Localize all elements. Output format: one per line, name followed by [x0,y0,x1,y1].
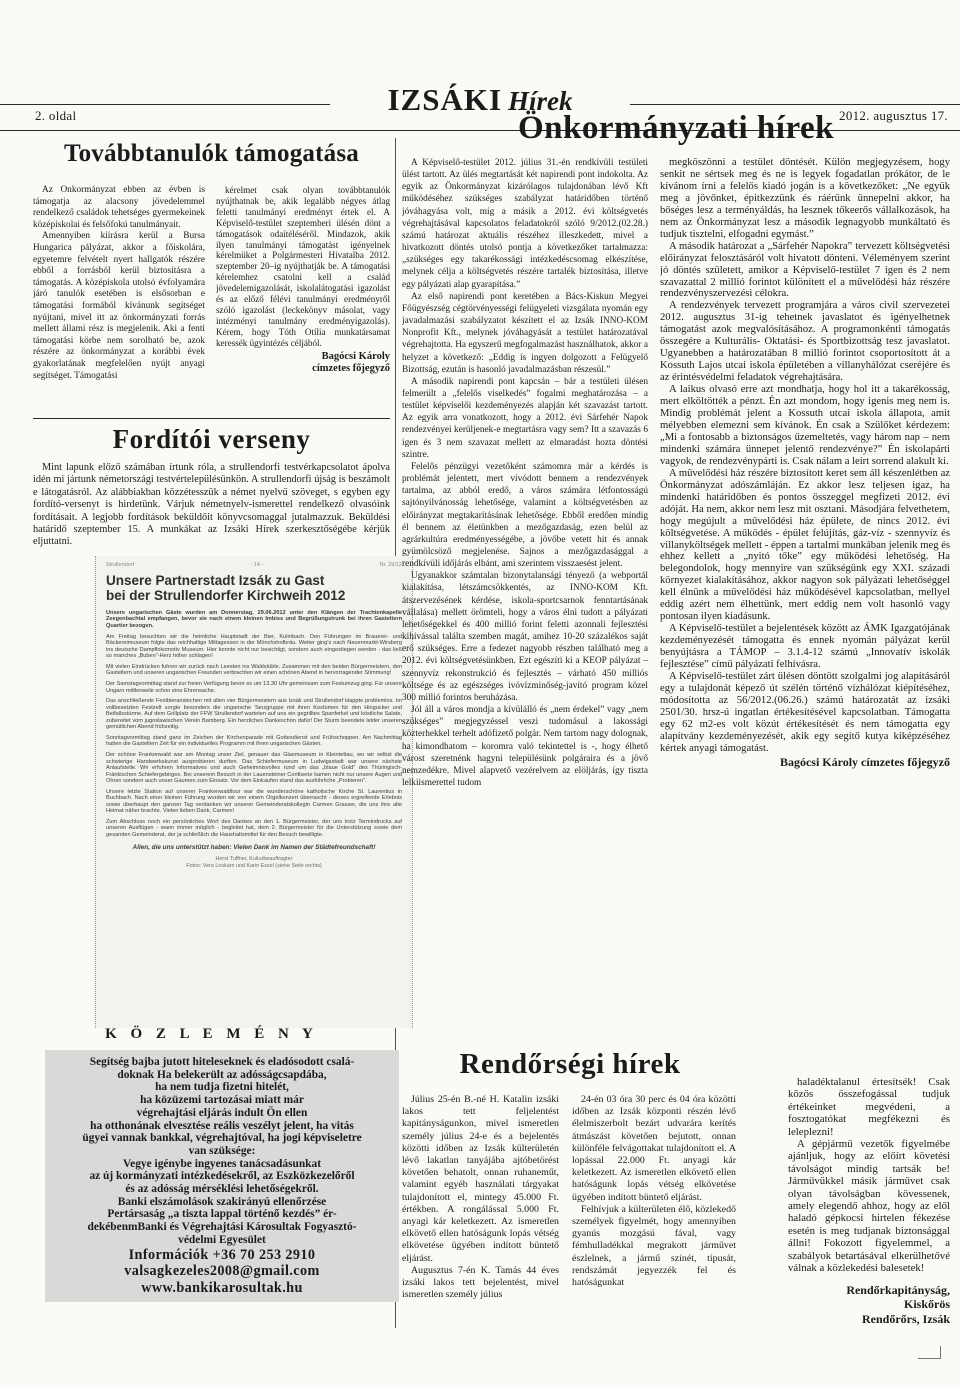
onkormanyzati-title: Önkormányzati hírek [402,110,950,147]
onkormanyzati-col2: megköszönni a testület döntését. Külön m… [660,157,950,1090]
onkormanyzati-signature: Bagócsi Károly címzetes főjegyző [660,757,950,769]
rendorsegi-title: Rendőrségi hírek [402,1048,738,1081]
flyer-image: Strullendorf - 14 - Nr. 29/12 Unsere Par… [95,556,413,1028]
tovabbtanulok-title: Továbbtanulók támogatása [33,140,390,168]
flyer-title-line2: bei der Strullendorfer Kirchweih 2012 [106,588,402,603]
header-rule-left [0,104,330,105]
flyer-credit-author: Horst Tuffner, Kulturbeauftragter [106,856,402,863]
forditoi-intro-text: Mint lapunk előző számában írtunk róla, … [33,462,390,549]
tovabbtanulok-col2-text: kérelmet csak olyan továbbtanulók nyújth… [216,185,390,349]
flyer-paragraphs: Am Freitag besuchten wir die heimliche H… [106,634,402,838]
kozlemeny-box: Segítség bajba jutott hiteleseknek és el… [45,1050,399,1302]
onkormanyzati-col2-text: megköszönni a testület döntését. Külön m… [660,157,950,755]
rendorsegi-col1: Július 25-én B.-né H. Katalin izsáki lak… [402,1094,559,1386]
crop-mark [918,1346,941,1359]
rendorsegi-col2: 24-én 03 óra 30 perc és 04 óra közötti i… [572,1094,736,1386]
flyer-thanks-line: Allen, die uns unterstützt haben: Vielen… [106,844,402,851]
flyer-lead-paragraph: Unsere ungarischen Gäste wurden am Donne… [106,610,402,629]
onkormanyzati-col1: A Képviselő-testület 2012. július 31.-én… [402,157,648,1043]
flyer-header-page: - 14 - [250,562,263,568]
flyer-header-right: Nr. 29/12 [380,562,402,568]
flyer-body: Unsere ungarischen Gäste wurden am Donne… [106,610,402,838]
rendorsegi-signature: Rendőrkapitányság,KiskőrösRendőrőrs, Izs… [788,1283,950,1327]
signature-name: Bagócsi Károly [216,351,390,363]
signature-title: címzetes főjegyző [216,363,390,375]
flyer-title-line1: Unsere Partnerstadt Izsák zu Gast [106,573,402,588]
forditoi-intro: Mint lapunk előző számában írtunk róla, … [33,462,390,550]
flyer-header-row: Strullendorf - 14 - Nr. 29/12 [106,562,402,568]
flyer-title: Unsere Partnerstadt Izsák zu Gast bei de… [106,573,402,603]
tovabbtanulok-col1: Az Önkormányzat ebben az évben is támoga… [33,185,205,413]
header-rule-right [630,104,960,105]
flyer-header-left: Strullendorf [106,562,134,568]
flyer-credit-photos: Fotos: Vera Loskarn und Karin Essel (sie… [106,863,402,870]
newspaper-page: { "header": { "page_number": "2. oldal",… [0,0,960,1388]
forditoi-top-rule [33,418,390,419]
tovabbtanulok-col2: kérelmet csak olyan továbbtanulók nyújth… [216,185,390,413]
forditoi-title: Fordítói verseny [33,424,390,455]
kozlemeny-body: Segítség bajba jutott hiteleseknek és el… [53,1056,391,1247]
rendorsegi-col3-text: haladéktalanul értesítsék! Csak közös ös… [788,1076,950,1275]
kozlemeny-title: K Ö Z L E M É N Y [33,1026,390,1043]
flyer-credits: Horst Tuffner, Kulturbeauftragter Fotos:… [106,856,402,869]
rendorsegi-col3: haladéktalanul értesítsék! Csak közös ös… [788,1076,950,1376]
tovabbtanulok-signature: Bagócsi Károly címzetes főjegyző [216,351,390,375]
kozlemeny-contact: Információk +36 70 253 2910valsagkezeles… [53,1247,391,1297]
